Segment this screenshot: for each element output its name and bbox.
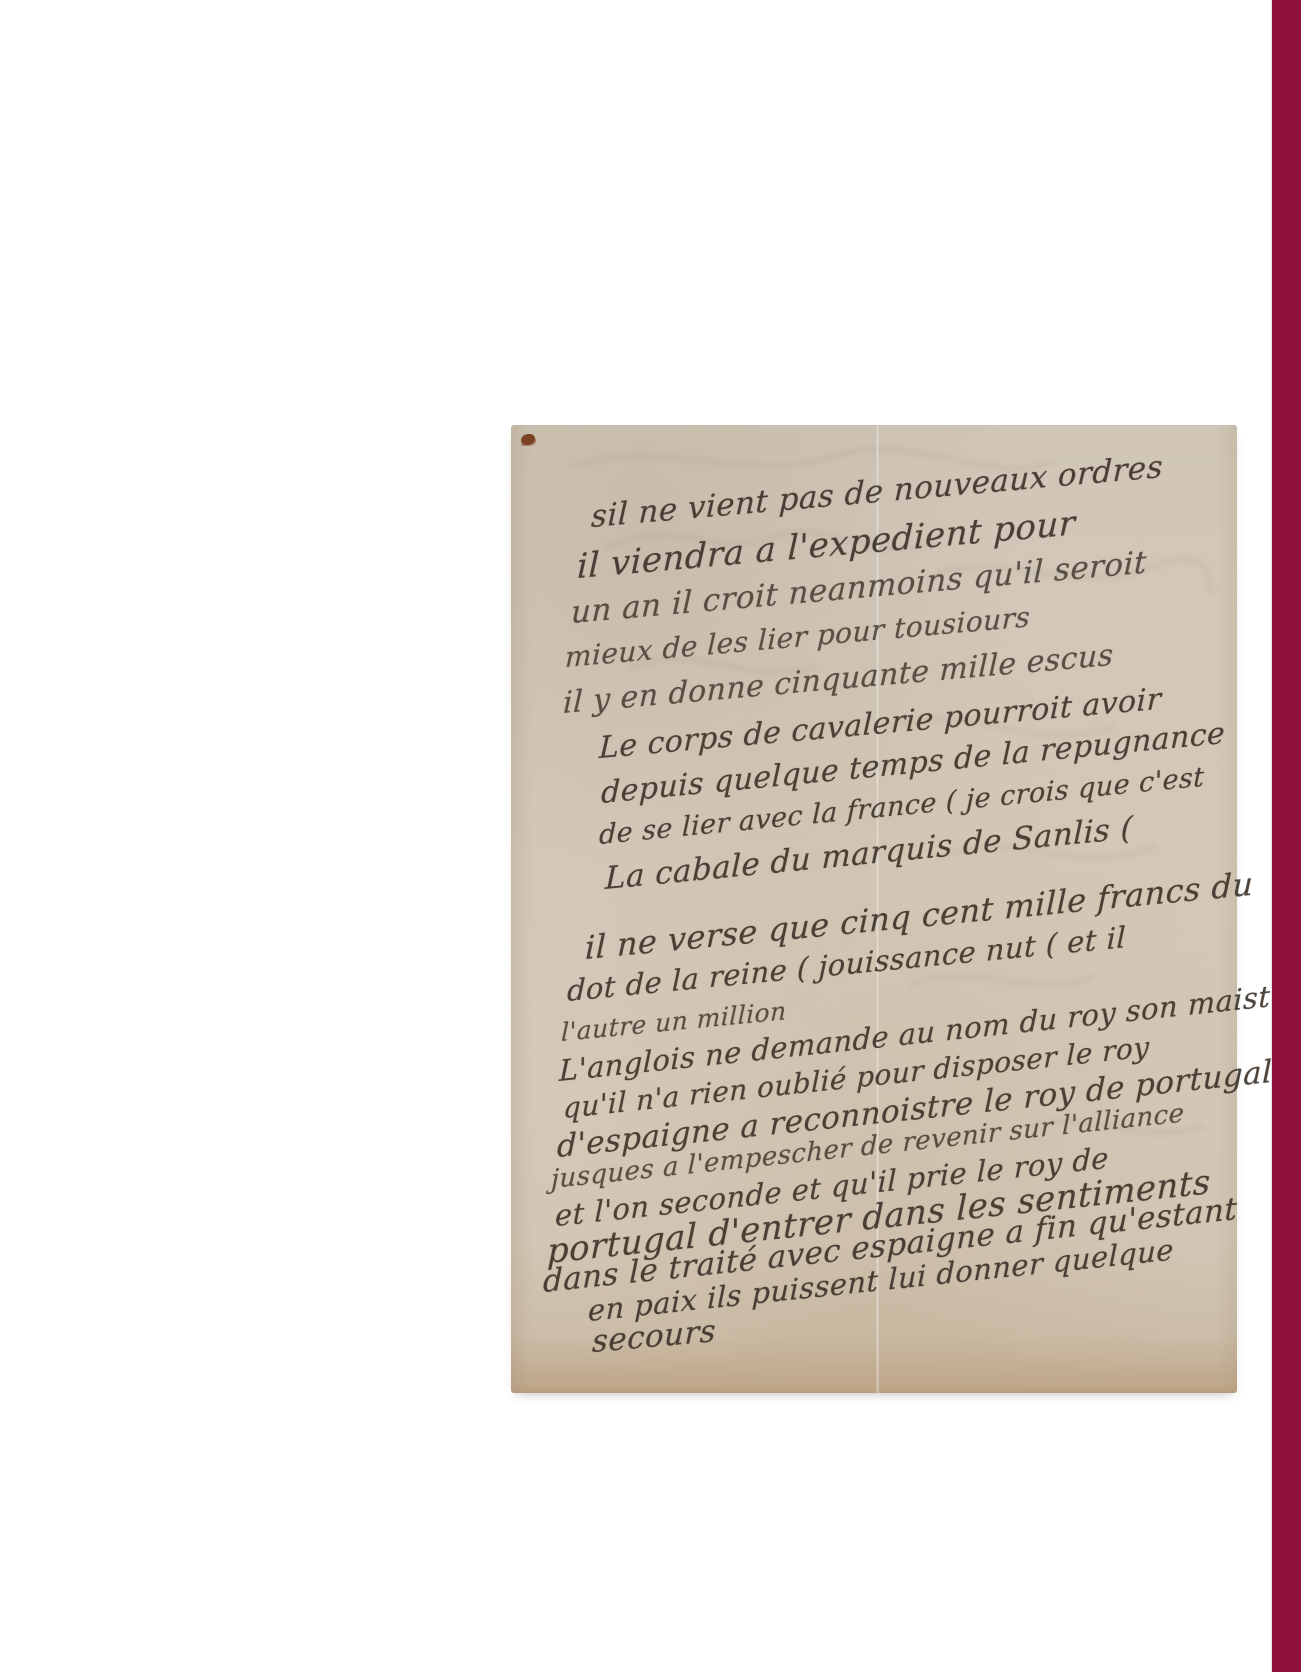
scan-canvas: sil ne vient pas de nouveaux ordres il v… (0, 0, 1301, 1672)
manuscript-page: sil ne vient pas de nouveaux ordres il v… (511, 425, 1237, 1393)
accent-stripe (1271, 0, 1301, 1672)
